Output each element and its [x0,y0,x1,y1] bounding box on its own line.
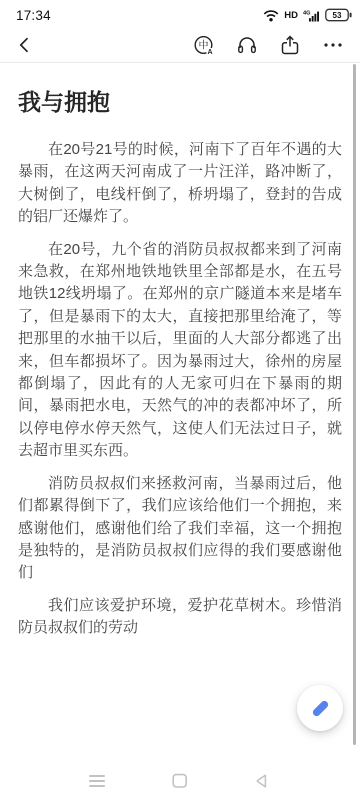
wifi-icon [263,9,279,22]
back-triangle-icon [254,773,270,789]
phone-screen: 17:34 HD 4G 53 [0,0,360,800]
translate-icon: 中 A [193,34,216,57]
nav-home-button[interactable] [171,772,189,790]
translate-button[interactable]: 中 A [191,32,217,58]
nav-back-button[interactable] [253,772,271,790]
note-paragraph: 我们应该爱护环境，爱护花草树木。珍惜消防员叔叔们的劳动 [18,595,342,640]
note-paragraph: 在20号21号的时候，河南下了百年不遇的大暴雨，在这两天河南成了一片汪洋，路冲断… [18,139,342,229]
note-paragraph: 消防员叔叔们来拯救河南，当暴雨过后，他们都累得倒下了，我们应该给他们一个拥抱，来… [18,473,342,585]
pencil-icon [310,698,331,719]
menu-icon [89,775,105,777]
nav-menu-button[interactable] [87,773,107,789]
battery-icon: 53 [325,8,352,22]
edit-fab-button[interactable] [297,685,343,731]
back-button[interactable] [12,32,38,58]
listen-button[interactable] [234,32,260,58]
headphones-icon [236,34,258,56]
toolbar: 中 A [0,28,360,62]
back-chevron-icon [15,35,35,55]
share-icon [280,35,300,56]
note-paragraph: 在20号，九个省的消防员叔叔都来到了河南来急救，在郑州地铁地铁里全部都是水，在五… [18,239,342,463]
note-content: 我与拥抱 在20号21号的时候，河南下了百年不遇的大暴雨，在这两天河南成了一片汪… [0,63,360,640]
share-button[interactable] [277,32,303,58]
svg-text:4G: 4G [303,10,310,16]
hd-icon: HD [284,10,298,21]
menu-icon [89,785,105,787]
note-title: 我与拥抱 [18,89,342,115]
status-bar: 17:34 HD 4G 53 [0,0,360,28]
clock: 17:34 [16,8,51,23]
home-square-icon [172,773,188,789]
scrollbar-thumb[interactable] [353,64,356,745]
signal-icon: 4G [303,9,320,22]
menu-icon [89,780,105,782]
status-icons: HD 4G 53 [263,8,352,22]
svg-text:A: A [207,49,212,56]
more-dots-icon [323,35,343,55]
more-button[interactable] [320,32,346,58]
svg-text:53: 53 [333,11,342,20]
